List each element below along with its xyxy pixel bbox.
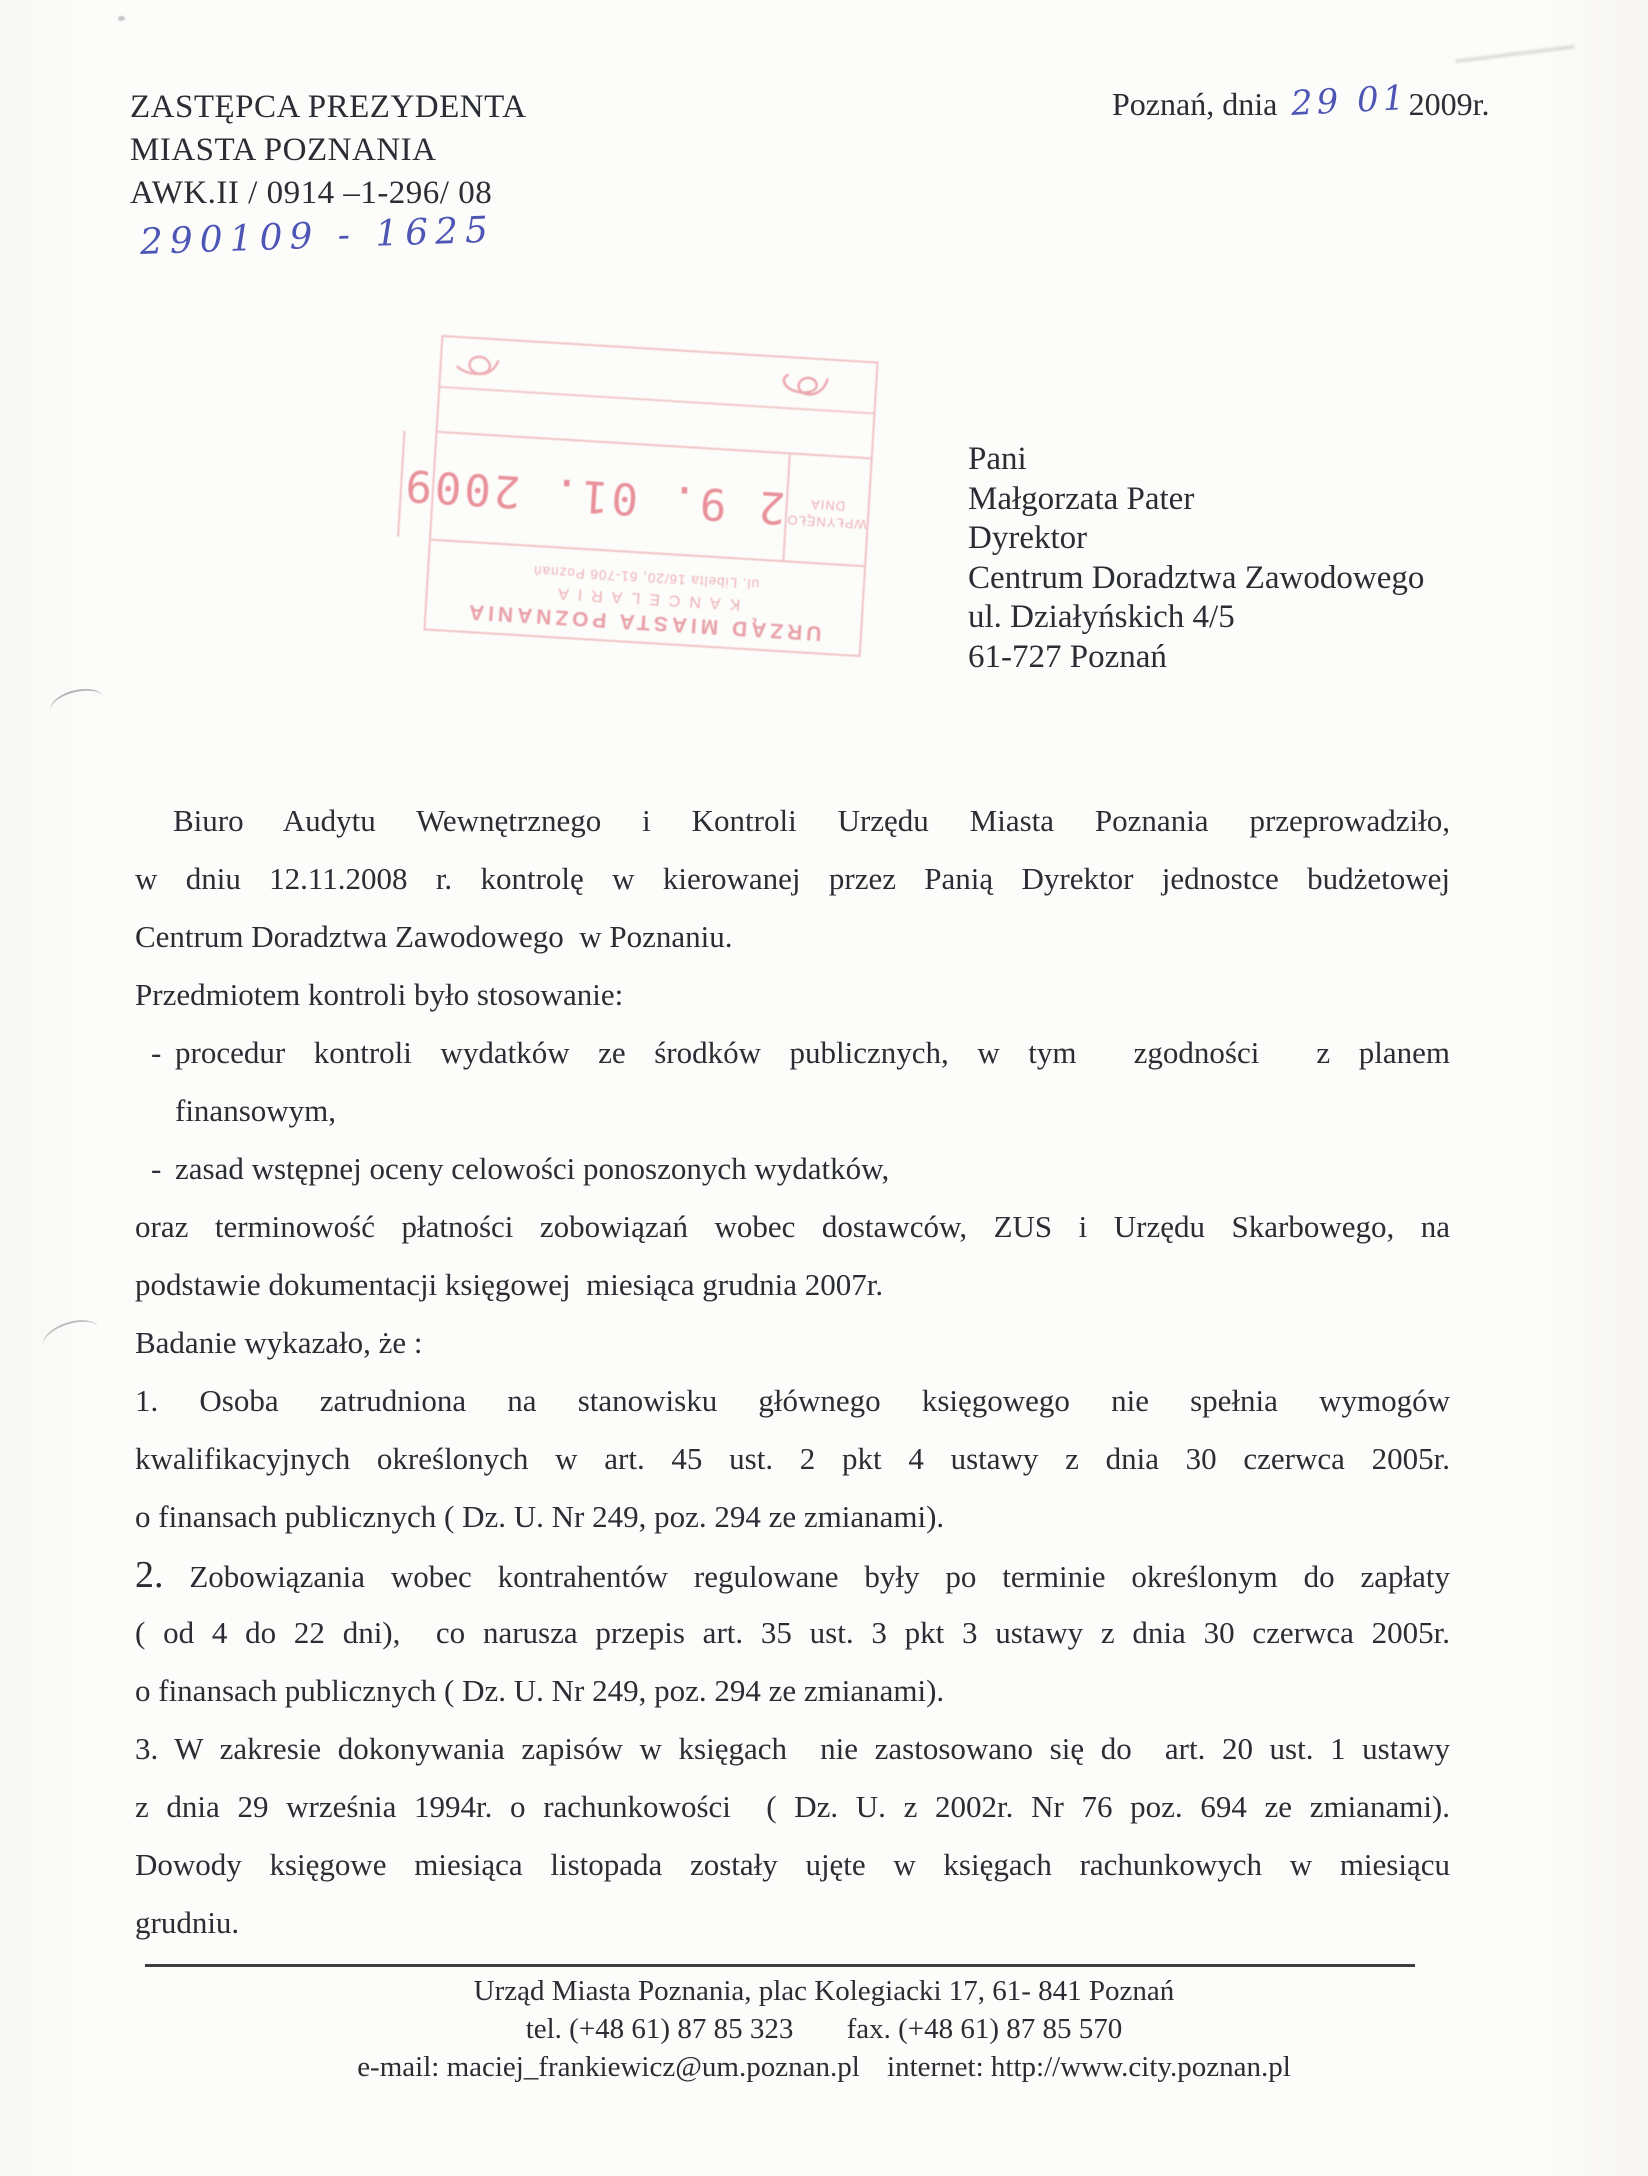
body-line: oraz terminowość płatności zobowiązań wo… <box>135 1198 1450 1256</box>
stamp-scribble-icon <box>447 344 507 385</box>
scan-artifact-arc <box>47 684 106 724</box>
body-line: 1. Osoba zatrudniona na stanowisku główn… <box>135 1372 1450 1430</box>
body-line: grudniu. <box>135 1894 1450 1952</box>
stamp-date: 2 9. 01. 2009 <box>399 431 788 560</box>
footer-address: Urząd Miasta Poznania, plac Kolegiacki 1… <box>0 1972 1648 2010</box>
footer-internet: internet: http://www.city.poznan.pl <box>887 2051 1291 2083</box>
body-line: finansowym, <box>135 1082 1450 1140</box>
body-line: 2. Zobowiązania wobec kontrahentów regul… <box>135 1546 1450 1604</box>
footer-fax: fax. (+48 61) 87 85 570 <box>847 2013 1123 2045</box>
stamp-scribble-icon <box>772 364 834 406</box>
footer-rule <box>145 1964 1415 1967</box>
item-number: 2. <box>135 1554 164 1596</box>
body-line: o finansach publicznych ( Dz. U. Nr 249,… <box>135 1662 1450 1720</box>
recipient-block: PaniMałgorzata PaterDyrektorCentrum Dora… <box>968 440 1424 677</box>
dateline: Poznań, dnia 29 01 2009r. <box>1112 84 1490 124</box>
sender-block: ZASTĘPCA PREZYDENTA MIASTA POZNANIA AWK.… <box>130 86 526 264</box>
kancelaria-received-stamp: URZĄD MIASTA POZNANIA KANCELARIA ul. Lib… <box>423 335 878 657</box>
body-line: o finansach publicznych ( Dz. U. Nr 249,… <box>135 1488 1450 1546</box>
recipient-line: 61-727 Poznań <box>968 638 1424 678</box>
list-dash: - <box>151 1140 161 1198</box>
footer-email: e-mail: maciej_frankiewicz@um.poznan.pl <box>357 2051 860 2083</box>
recipient-line: Małgorzata Pater <box>968 480 1424 520</box>
sender-title-line2: MIASTA POZNANIA <box>130 129 526 172</box>
footer-online: e-mail: maciej_frankiewicz@um.poznan.pl … <box>0 2048 1648 2086</box>
body-line: Biuro Audytu Wewnętrznego i Kontroli Urz… <box>135 792 1450 850</box>
dateline-prefix: Poznań, dnia <box>1112 86 1277 122</box>
body-line: 3. W zakresie dokonywania zapisów w księ… <box>135 1720 1450 1778</box>
recipient-line: Dyrektor <box>968 519 1424 559</box>
body-line: podstawie dokumentacji księgowej miesiąc… <box>135 1256 1450 1314</box>
body-line: -zasad wstępnej oceny celowości ponoszon… <box>135 1140 1450 1198</box>
body-line: Badanie wykazało, że : <box>135 1314 1450 1372</box>
handwritten-registry-number: 290109 - 1625 <box>139 208 527 264</box>
handwritten-date: 29 01 <box>1290 78 1409 124</box>
recipient-line: ul. Działyńskich 4/5 <box>968 598 1424 638</box>
body-line: -procedur kontroli wydatków ze środków p… <box>135 1024 1450 1082</box>
recipient-line: Centrum Doradztwa Zawodowego <box>968 559 1424 599</box>
body-line: kwalifikacyjnych określonych w art. 45 u… <box>135 1430 1450 1488</box>
footer-tel: tel. (+48 61) 87 85 323 <box>526 2013 794 2045</box>
list-dash: - <box>151 1024 161 1082</box>
body-text: Biuro Audytu Wewnętrznego i Kontroli Urz… <box>135 792 1450 1952</box>
body-line: z dnia 29 września 1994r. o rachunkowośc… <box>135 1778 1450 1836</box>
body-line: w dniu 12.11.2008 r. kontrolę w kierowan… <box>135 850 1450 908</box>
body-line: Przedmiotem kontroli było stosowanie: <box>135 966 1450 1024</box>
footer: Urząd Miasta Poznania, plac Kolegiacki 1… <box>0 1972 1648 2086</box>
scan-artifact-arc <box>39 1314 103 1360</box>
sender-title-line1: ZASTĘPCA PREZYDENTA <box>130 86 526 129</box>
body-line: Dowody księgowe miesiąca listopada zosta… <box>135 1836 1450 1894</box>
dateline-year: 2009r. <box>1409 86 1490 122</box>
recipient-line: Pani <box>968 440 1424 480</box>
scan-artifact-smudge <box>1455 45 1575 64</box>
footer-contacts: tel. (+48 61) 87 85 323 fax. (+48 61) 87… <box>0 2010 1648 2048</box>
stamp-received-cell: WPŁYNĘŁO DNIA <box>782 454 871 565</box>
body-line: Centrum Doradztwa Zawodowego w Poznaniu. <box>135 908 1450 966</box>
scan-speck <box>118 16 125 21</box>
body-line: ( od 4 do 22 dni), co narusza przepis ar… <box>135 1604 1450 1662</box>
stamp-received-label: WPŁYNĘŁO <box>786 511 867 533</box>
